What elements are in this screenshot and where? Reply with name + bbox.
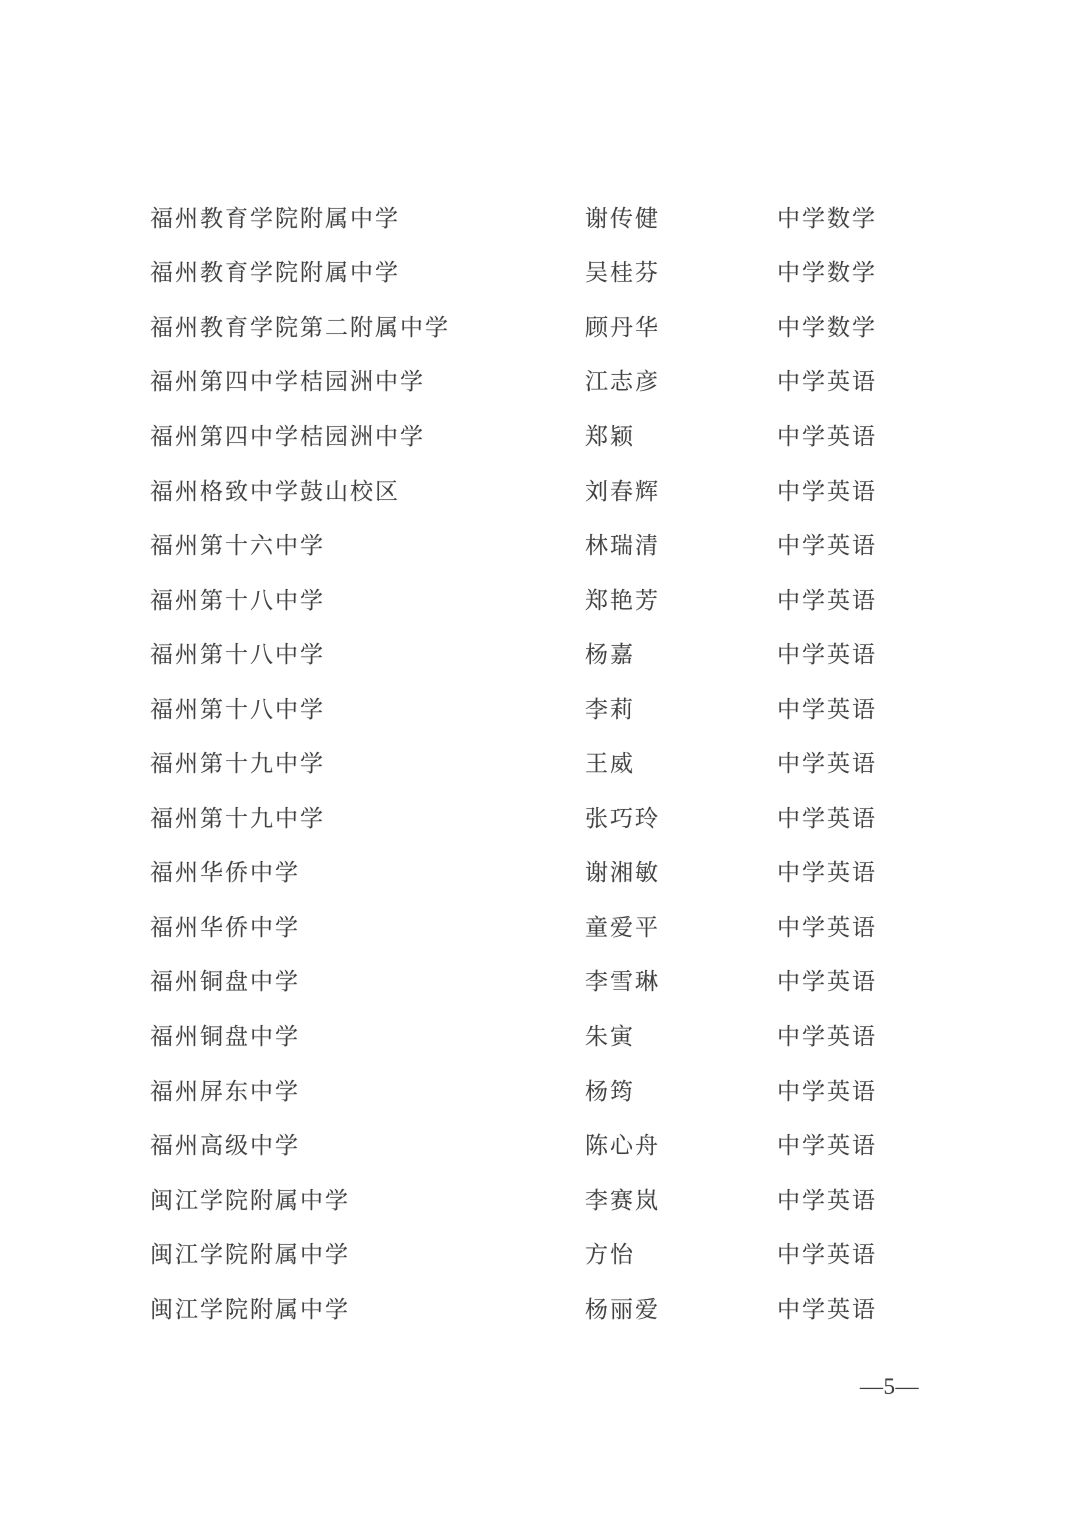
table-row: 福州第十九中学 王威 中学英语: [0, 734, 1080, 789]
school-name: 福州第十八中学: [150, 691, 585, 724]
subject-name: 中学英语: [777, 418, 877, 451]
table-row: 福州屏东中学 杨筠 中学英语: [0, 1062, 1080, 1117]
subject-name: 中学英语: [777, 1018, 877, 1051]
table-row: 福州教育学院第二附属中学 顾丹华 中学数学: [0, 298, 1080, 353]
teacher-name: 顾丹华: [585, 309, 777, 342]
table-row: 福州格致中学鼓山校区 刘春辉 中学英语: [0, 462, 1080, 517]
table-row: 福州教育学院附属中学 吴桂芬 中学数学: [0, 244, 1080, 299]
table-row: 闽江学院附属中学 方怡 中学英语: [0, 1225, 1080, 1280]
teacher-name: 王威: [585, 745, 777, 778]
school-name: 福州高级中学: [150, 1127, 585, 1160]
table-row: 福州第十八中学 杨嘉 中学英语: [0, 625, 1080, 680]
teacher-name: 谢湘敏: [585, 854, 777, 887]
teacher-name: 谢传健: [585, 200, 777, 233]
school-name: 福州教育学院附属中学: [150, 254, 585, 287]
subject-name: 中学数学: [777, 200, 877, 233]
teacher-name: 朱寅: [585, 1018, 777, 1051]
school-name: 福州华侨中学: [150, 854, 585, 887]
subject-name: 中学英语: [777, 1073, 877, 1106]
teacher-name: 李雪琳: [585, 963, 777, 996]
table-row: 福州教育学院附属中学 谢传健 中学数学: [0, 189, 1080, 244]
teacher-name: 杨筠: [585, 1073, 777, 1106]
school-name: 福州第十九中学: [150, 745, 585, 778]
page-number: —5—: [860, 1374, 919, 1400]
school-name: 福州教育学院第二附属中学: [150, 309, 585, 342]
subject-name: 中学英语: [777, 1236, 877, 1269]
teacher-name: 杨嘉: [585, 636, 777, 669]
table-row: 福州铜盘中学 朱寅 中学英语: [0, 1007, 1080, 1062]
school-name: 福州第四中学桔园洲中学: [150, 418, 585, 451]
subject-name: 中学英语: [777, 1291, 877, 1324]
subject-name: 中学数学: [777, 309, 877, 342]
school-name: 福州格致中学鼓山校区: [150, 473, 585, 506]
subject-name: 中学英语: [777, 691, 877, 724]
teacher-name: 刘春辉: [585, 473, 777, 506]
document-page: 福州教育学院附属中学 谢传健 中学数学 福州教育学院附属中学 吴桂芬 中学数学 …: [0, 0, 1080, 1528]
school-name: 福州第四中学桔园洲中学: [150, 363, 585, 396]
table-row: 福州第十九中学 张巧玲 中学英语: [0, 789, 1080, 844]
teacher-name: 林瑞清: [585, 527, 777, 560]
subject-name: 中学英语: [777, 800, 877, 833]
table-row: 福州华侨中学 童爱平 中学英语: [0, 898, 1080, 953]
teacher-name: 童爱平: [585, 909, 777, 942]
table-row: 福州第四中学桔园洲中学 江志彦 中学英语: [0, 353, 1080, 408]
teacher-name: 杨丽爱: [585, 1291, 777, 1324]
table-row: 福州华侨中学 谢湘敏 中学英语: [0, 844, 1080, 899]
school-name: 福州华侨中学: [150, 909, 585, 942]
school-name: 福州屏东中学: [150, 1073, 585, 1106]
school-name: 福州第十九中学: [150, 800, 585, 833]
subject-name: 中学数学: [777, 254, 877, 287]
school-name: 福州教育学院附属中学: [150, 200, 585, 233]
table-row: 福州第十八中学 李莉 中学英语: [0, 680, 1080, 735]
teacher-name: 陈心舟: [585, 1127, 777, 1160]
school-name: 福州第十六中学: [150, 527, 585, 560]
subject-name: 中学英语: [777, 745, 877, 778]
subject-name: 中学英语: [777, 363, 877, 396]
school-name: 福州铜盘中学: [150, 1018, 585, 1051]
school-name: 闽江学院附属中学: [150, 1182, 585, 1215]
school-name: 福州第十八中学: [150, 582, 585, 615]
table-row: 福州第四中学桔园洲中学 郑颖 中学英语: [0, 407, 1080, 462]
teacher-name: 张巧玲: [585, 800, 777, 833]
subject-name: 中学英语: [777, 909, 877, 942]
subject-name: 中学英语: [777, 854, 877, 887]
table-row: 闽江学院附属中学 李赛岚 中学英语: [0, 1171, 1080, 1226]
subject-name: 中学英语: [777, 473, 877, 506]
school-name: 福州第十八中学: [150, 636, 585, 669]
table-row: 福州高级中学 陈心舟 中学英语: [0, 1116, 1080, 1171]
teacher-name: 李赛岚: [585, 1182, 777, 1215]
table-row: 福州铜盘中学 李雪琳 中学英语: [0, 953, 1080, 1008]
table-row: 福州第十六中学 林瑞清 中学英语: [0, 516, 1080, 571]
subject-name: 中学英语: [777, 1127, 877, 1160]
table-row: 福州第十八中学 郑艳芳 中学英语: [0, 571, 1080, 626]
teacher-name: 李莉: [585, 691, 777, 724]
subject-name: 中学英语: [777, 527, 877, 560]
school-name: 福州铜盘中学: [150, 963, 585, 996]
teacher-name: 江志彦: [585, 363, 777, 396]
teacher-name: 郑艳芳: [585, 582, 777, 615]
teacher-name: 方怡: [585, 1236, 777, 1269]
subject-name: 中学英语: [777, 963, 877, 996]
school-name: 闽江学院附属中学: [150, 1236, 585, 1269]
subject-name: 中学英语: [777, 1182, 877, 1215]
table-row: 闽江学院附属中学 杨丽爱 中学英语: [0, 1280, 1080, 1335]
subject-name: 中学英语: [777, 636, 877, 669]
teacher-name: 郑颖: [585, 418, 777, 451]
teacher-name: 吴桂芬: [585, 254, 777, 287]
school-name: 闽江学院附属中学: [150, 1291, 585, 1324]
subject-name: 中学英语: [777, 582, 877, 615]
teacher-table: 福州教育学院附属中学 谢传健 中学数学 福州教育学院附属中学 吴桂芬 中学数学 …: [0, 189, 1080, 1334]
